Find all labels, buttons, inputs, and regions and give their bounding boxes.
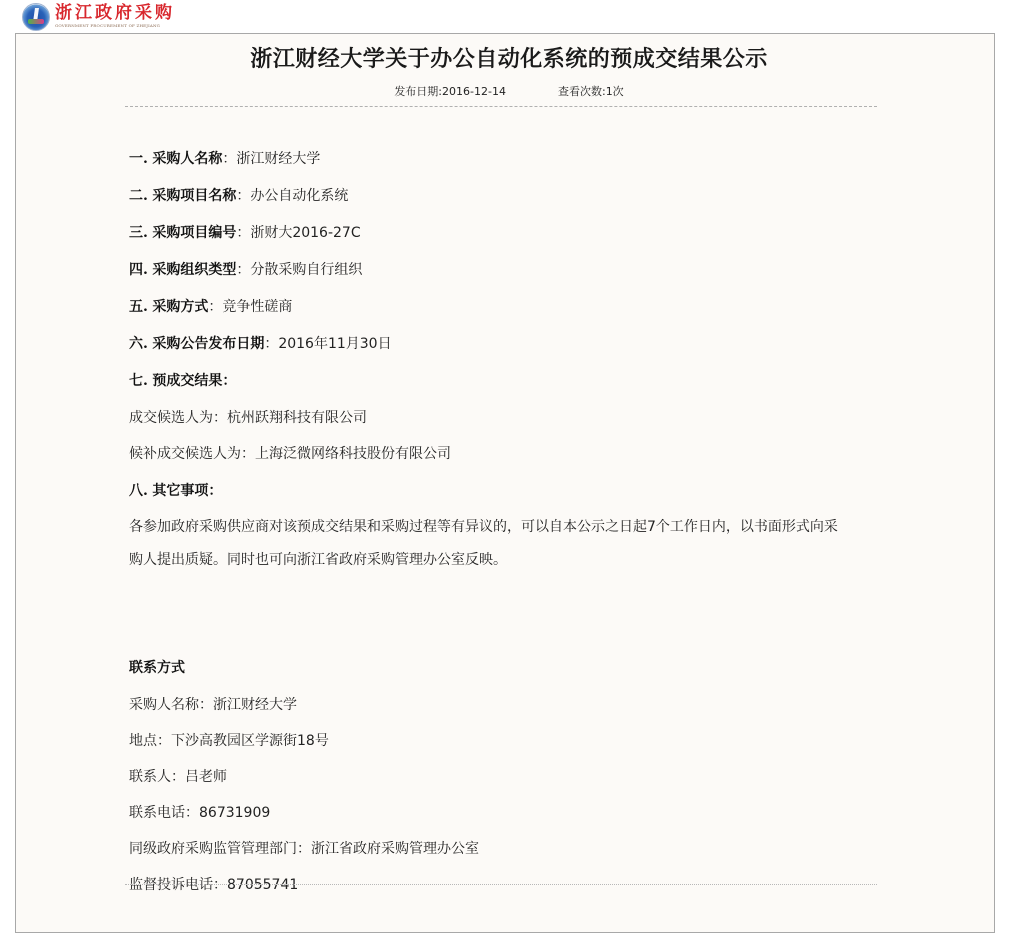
section-value: 浙财大2016-27C: [250, 225, 360, 241]
contact-heading-text: 联系方式: [129, 660, 185, 676]
notice-panel: 浙江财经大学关于办公自动化系统的预成交结果公示 发布日期:2016-12-14查…: [15, 33, 995, 921]
section-value: 分散采购自行组织: [250, 262, 362, 278]
section-number: 四.: [129, 262, 148, 278]
section-method: 五. 采购方式：竞争性磋商: [129, 297, 292, 317]
section-label: 其它事项：: [152, 483, 222, 499]
section-value: 竞争性磋商: [222, 299, 292, 315]
site-logo[interactable]: 浙江政府采购 GOVERNMENT PROCUREMENT OF ZHEJIAN…: [22, 3, 182, 31]
logo-subtitle: GOVERNMENT PROCUREMENT OF ZHEJIANG: [55, 23, 160, 28]
section-label: 采购项目编号: [152, 225, 236, 241]
publish-date-label: 发布日期:: [394, 83, 442, 99]
section-label: 采购公告发布日期: [152, 336, 264, 352]
section-number: 三.: [129, 225, 148, 241]
view-count-label: 查看次数:: [558, 83, 606, 99]
separator: ：: [222, 151, 236, 167]
contact-address: 地点：下沙高教园区学源街18号: [129, 731, 329, 751]
section-purchaser: 一. 采购人名称：浙江财经大学: [129, 149, 320, 169]
notice-meta: 发布日期:2016-12-14查看次数:1次: [1, 83, 1016, 99]
section-label: 采购方式: [152, 299, 208, 315]
section-number: 五.: [129, 299, 148, 315]
contact-phone: 联系电话：86731909: [129, 803, 270, 823]
header-divider: [125, 106, 877, 107]
separator: ：: [236, 188, 250, 204]
separator: ：: [208, 299, 222, 315]
section-result-heading: 七. 预成交结果：: [129, 371, 236, 391]
section-project-name: 二. 采购项目名称：办公自动化系统: [129, 186, 348, 206]
publish-date: 2016-12-14: [442, 85, 506, 98]
section-number: 一.: [129, 151, 148, 167]
section-number: 六.: [129, 336, 148, 352]
view-count: 1次: [606, 83, 624, 99]
section-label: 预成交结果：: [152, 373, 236, 389]
separator: ：: [236, 225, 250, 241]
section-label: 采购项目名称: [152, 188, 236, 204]
contact-purchaser: 采购人名称：浙江财经大学: [129, 695, 297, 715]
section-value: 2016年11月30日: [278, 336, 391, 352]
alternate-line: 候补成交候选人为：上海泛微网络科技股份有限公司: [129, 444, 451, 464]
contact-person: 联系人：吕老师: [129, 767, 227, 787]
section-value: 浙江财经大学: [236, 151, 320, 167]
contact-supervisor: 同级政府采购监管管理部门：浙江省政府采购管理办公室: [129, 839, 479, 859]
section-other-heading: 八. 其它事项：: [129, 481, 222, 501]
section-number: 七.: [129, 373, 148, 389]
page-title: 浙江财经大学关于办公自动化系统的预成交结果公示: [1, 42, 1016, 73]
winner-line: 成交候选人为：杭州跃翔科技有限公司: [129, 408, 367, 428]
section-project-number: 三. 采购项目编号：浙财大2016-27C: [129, 223, 361, 243]
contact-heading: 联系方式: [129, 658, 185, 678]
logo-title: 浙江政府采购: [55, 3, 175, 23]
section-label: 采购人名称: [152, 151, 222, 167]
section-label: 采购组织类型: [152, 262, 236, 278]
section-value: 办公自动化系统: [250, 188, 348, 204]
other-text: 各参加政府采购供应商对该预成交结果和采购过程等有异议的，可以自本公示之日起7个工…: [129, 511, 849, 577]
separator: ：: [236, 262, 250, 278]
section-announce-date: 六. 采购公告发布日期：2016年11月30日: [129, 334, 392, 354]
footer-divider: [125, 884, 877, 885]
emblem-icon: [22, 3, 50, 31]
section-number: 二.: [129, 188, 148, 204]
site-header: 浙江政府采购 GOVERNMENT PROCUREMENT OF ZHEJIAN…: [0, 0, 1016, 33]
separator: ：: [264, 336, 278, 352]
section-org-type: 四. 采购组织类型：分散采购自行组织: [129, 260, 362, 280]
section-number: 八.: [129, 483, 148, 499]
contact-complaint-phone: 监督投诉电话：87055741: [129, 875, 298, 895]
